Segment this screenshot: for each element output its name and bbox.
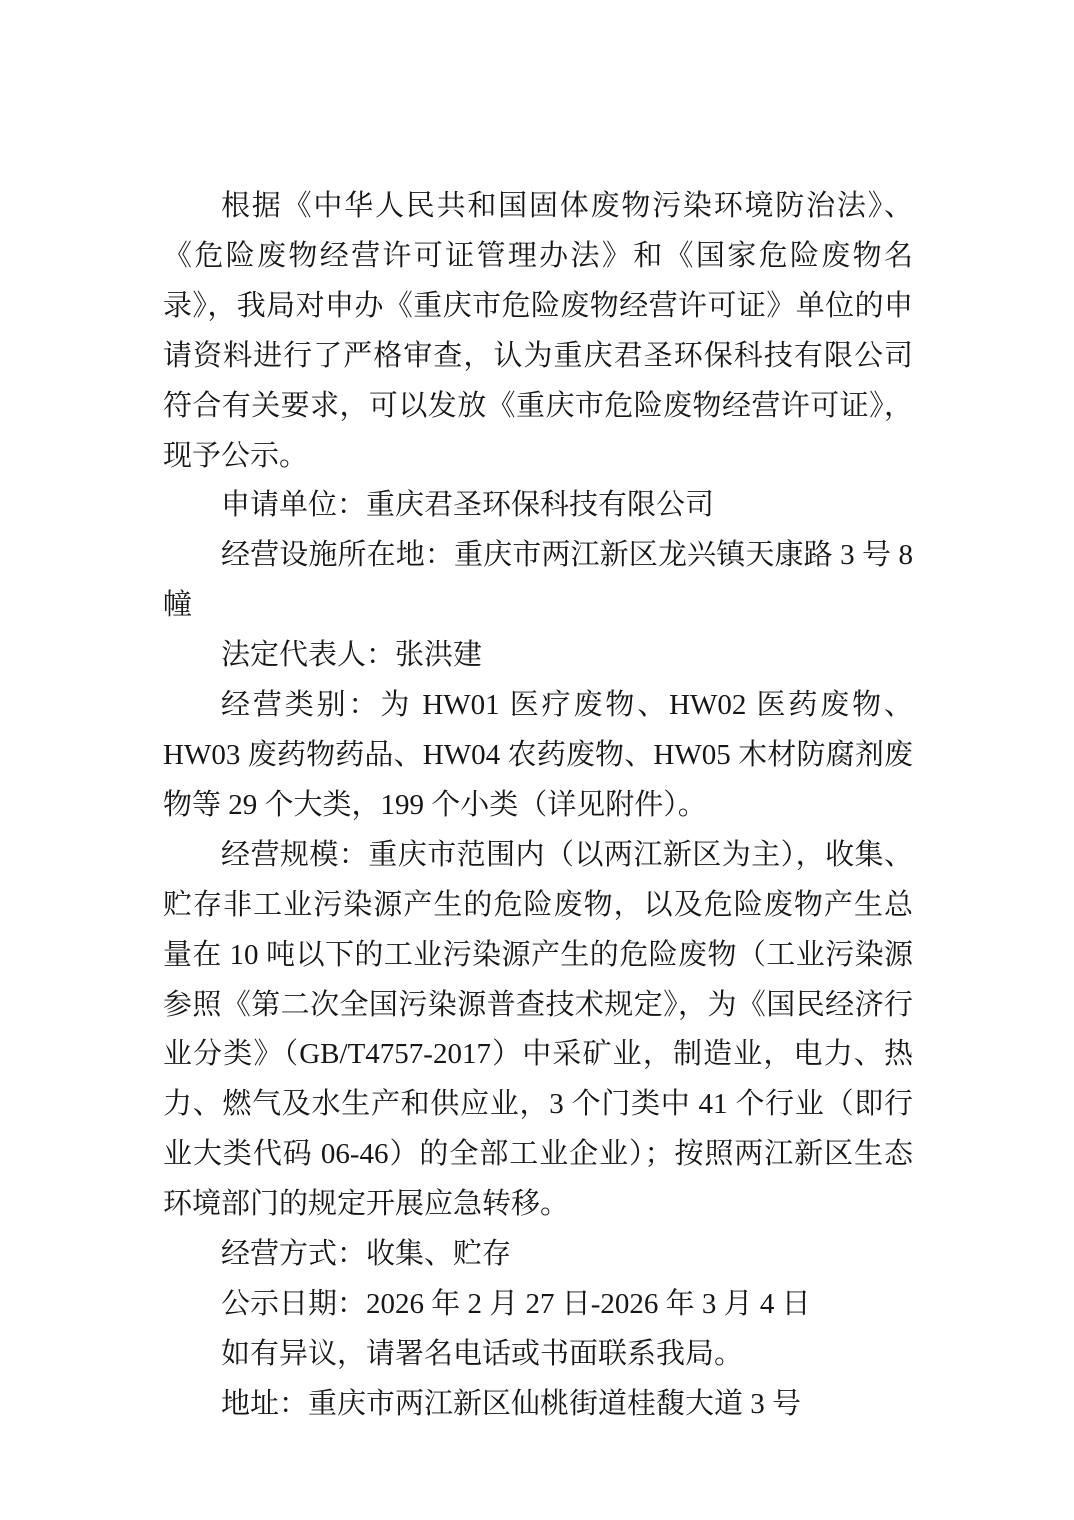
document-page: 根据《中华人民共和国固体废物污染环境防治法》、《危险废物经营许可证管理办法》和《…	[0, 0, 1074, 1520]
field-legal-representative: 法定代表人：张洪建	[163, 631, 913, 681]
paragraph-legal-basis: 根据《中华人民共和国固体废物污染环境防治法》、《危险废物经营许可证管理办法》和《…	[163, 182, 913, 481]
field-bureau-address: 地址：重庆市两江新区仙桃街道桂馥大道 3 号	[163, 1380, 913, 1430]
field-applicant: 申请单位：重庆君圣环保科技有限公司	[163, 481, 913, 531]
field-facility-location: 经营设施所在地：重庆市两江新区龙兴镇天康路 3 号 8 幢	[163, 531, 913, 631]
field-business-categories: 经营类别：为 HW01 医疗废物、HW02 医药废物、HW03 废药物药品、HW…	[163, 681, 913, 831]
notice-body: 根据《中华人民共和国固体废物污染环境防治法》、《危险废物经营许可证管理办法》和《…	[163, 182, 913, 1430]
paragraph-objection-notice: 如有异议，请署名电话或书面联系我局。	[163, 1330, 913, 1380]
field-business-scope: 经营规模：重庆市范围内（以两江新区为主），收集、贮存非工业污染源产生的危险废物，…	[163, 831, 913, 1230]
field-publicity-period: 公示日期：2026 年 2 月 27 日-2026 年 3 月 4 日	[163, 1280, 913, 1330]
field-business-mode: 经营方式：收集、贮存	[163, 1230, 913, 1280]
